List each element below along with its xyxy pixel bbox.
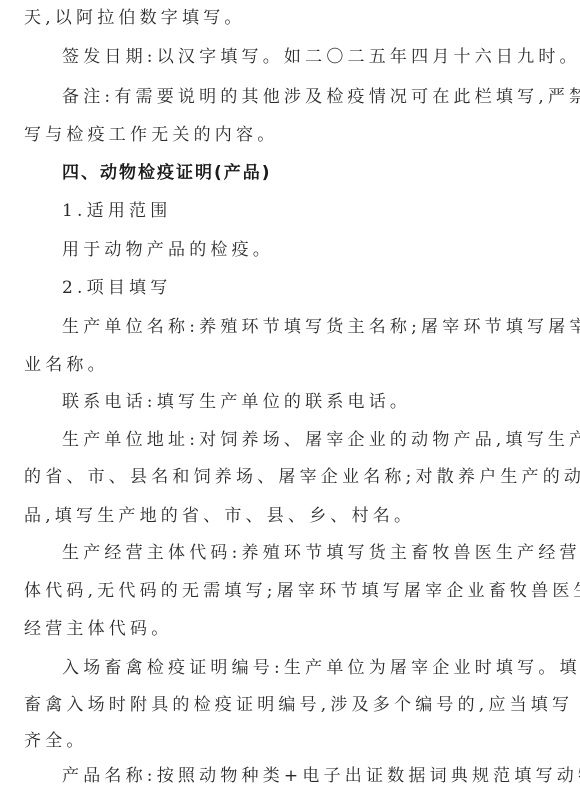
paragraph-line: 品,填写生产地的省、市、县、乡、村名。 [24,504,415,528]
paragraph-line-remarks: 备注:有需要说明的其他涉及检疫情况可在此栏填写,严禁填 [62,85,580,109]
paragraph-line: 畜禽入场时附具的检疫证明编号,涉及多个编号的,应当填写 [24,693,573,717]
paragraph-line: 用于动物产品的检疫。 [62,238,274,262]
paragraph-line: 经营主体代码。 [24,617,172,641]
paragraph-line: 齐全。 [24,729,88,753]
paragraph-line: 体代码,无代码的无需填写;屠宰环节填写屠宰企业畜牧兽医生产 [24,579,580,603]
paragraph-line: 的省、市、县名和饲养场、屠宰企业名称;对散养户生产的动物产 [24,465,580,489]
paragraph-line-product-name: 产品名称:按照动物种类+电子出证数据词典规范填写动物产 [62,764,580,786]
subsection-heading-scope: 1.适用范围 [62,199,171,223]
document-page: 天,以阿拉伯数字填写。 签发日期:以汉字填写。如二〇二五年四月十六日九时。 备注… [0,0,580,786]
paragraph-line: 写与检疫工作无关的内容。 [24,123,278,147]
paragraph-line-address: 生产单位地址:对饲养场、屠宰企业的动物产品,填写生产地 [62,428,580,452]
paragraph-line-issue-date: 签发日期:以汉字填写。如二〇二五年四月十六日九时。 [62,45,580,69]
paragraph-line: 天,以阿拉伯数字填写。 [24,6,246,30]
paragraph-line-phone: 联系电话:填写生产单位的联系电话。 [62,390,411,414]
section-heading: 四、动物检疫证明(产品) [62,161,272,185]
paragraph-line-entity-code: 生产经营主体代码:养殖环节填写货主畜牧兽医生产经营主 [62,541,580,565]
subsection-heading-fields: 2.项目填写 [62,276,171,300]
paragraph-line: 业名称。 [24,353,109,377]
paragraph-line-certificate-number: 入场畜禽检疫证明编号:生产单位为屠宰企业时填写。填写 [62,656,580,680]
paragraph-line-producer-name: 生产单位名称:养殖环节填写货主名称;屠宰环节填写屠宰企 [62,315,580,339]
